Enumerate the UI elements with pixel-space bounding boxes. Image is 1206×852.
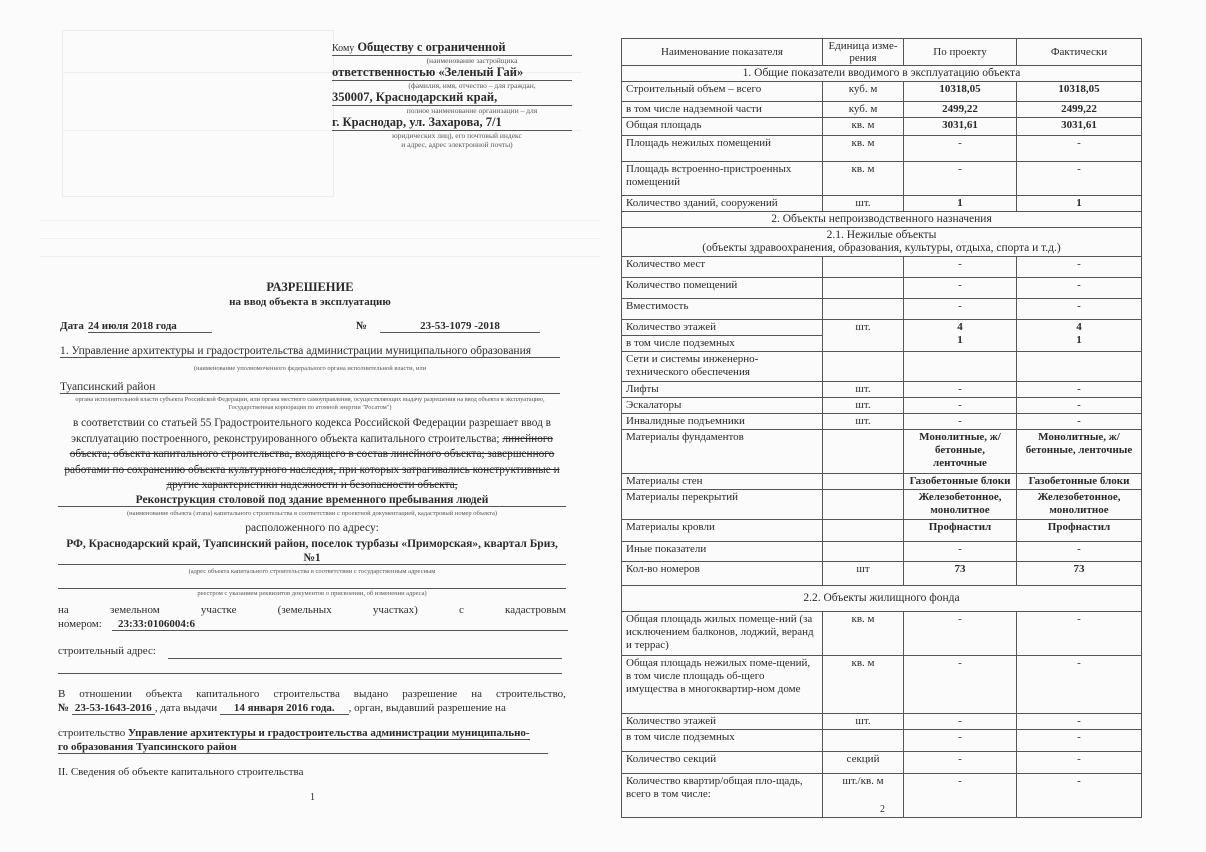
land-word: на bbox=[58, 604, 69, 616]
row-name: Строительный объем – всего bbox=[622, 82, 823, 102]
row-name: Общая площадь нежилых поме-щений, в том … bbox=[622, 656, 823, 714]
table-row: Строительный объем – всегокуб. м10318,05… bbox=[622, 82, 1142, 102]
row-name: Количество этажей bbox=[622, 320, 822, 336]
build-address-field-2 bbox=[58, 672, 562, 674]
table-row: Площадь встроенно-пристроенных помещений… bbox=[622, 162, 1142, 196]
table-row: в том числе надземной частикуб. м2499,22… bbox=[622, 102, 1142, 118]
page-number-1: 1 bbox=[310, 792, 315, 803]
authorization-paragraph: в соответствии со статьей 55 Градостроит… bbox=[58, 416, 566, 494]
row-unit: кв. м bbox=[823, 656, 904, 714]
row-project: - bbox=[904, 382, 1017, 398]
row-project: - bbox=[904, 398, 1017, 414]
table-row: Количество этажей в том числе подземных … bbox=[622, 320, 1142, 352]
row-actual: - bbox=[1017, 542, 1142, 562]
row-name: Материалы перекрытий bbox=[622, 490, 823, 520]
address-hint-2: реестром с указанием реквизитов документ… bbox=[58, 590, 566, 597]
row-unit bbox=[823, 542, 904, 562]
row-actual: - bbox=[1017, 730, 1142, 752]
recipient-label: Кому bbox=[332, 43, 354, 54]
row-project: - bbox=[904, 414, 1017, 430]
located-label: расположенного по адресу: bbox=[58, 522, 566, 534]
row-name: Количество мест bbox=[622, 257, 823, 278]
row-name: Общая площадь bbox=[622, 118, 823, 136]
row-actual: 73 bbox=[1017, 562, 1142, 586]
row-unit: шт./кв. м bbox=[823, 774, 904, 818]
row-actual: 2499,22 bbox=[1017, 102, 1142, 118]
issuer-label: , орган, выдавший разрешение на bbox=[349, 702, 506, 714]
land-word: участках) bbox=[373, 604, 418, 616]
cadastral-number: 23:33:0106004:6 bbox=[112, 618, 568, 631]
row-project: 2499,22 bbox=[904, 102, 1017, 118]
object-name-hint: (наименование объекта (этапа) капитально… bbox=[58, 510, 566, 517]
permit-word: строительство, bbox=[496, 688, 566, 700]
row-unit bbox=[823, 299, 904, 320]
row-actual: - bbox=[1017, 382, 1142, 398]
date-label: Дата bbox=[60, 320, 84, 332]
permit-word: строительства bbox=[273, 688, 340, 700]
section-2-heading: II. Сведения об объекте капитального стр… bbox=[58, 766, 304, 778]
column-header-actual: Фактически bbox=[1017, 39, 1142, 66]
row-unit: куб. м bbox=[823, 102, 904, 118]
row-unit: шт. bbox=[823, 196, 904, 212]
document-subtitle: на ввод объекта в эксплуатацию bbox=[30, 296, 590, 308]
table-row: Материалы стенГазобетонные блокиГазобето… bbox=[622, 474, 1142, 490]
object-indicators-table: Наименование показателя Единица изме-рен… bbox=[621, 38, 1142, 818]
row-project: - bbox=[904, 730, 1017, 752]
row-name: Материалы стен bbox=[622, 474, 823, 490]
date-value: 24 июля 2018 года bbox=[88, 320, 212, 333]
page-number-2: 2 bbox=[880, 804, 885, 815]
row-project: 1 bbox=[904, 196, 1017, 212]
row-actual: - bbox=[1017, 656, 1142, 714]
permit-line: В отношении объекта капитального строите… bbox=[58, 688, 566, 700]
section-1-heading: 1. Общие показатели вводимого в эксплуат… bbox=[622, 66, 1142, 82]
object-name: Реконструкция столовой под здание времен… bbox=[58, 494, 566, 507]
row-unit: кв. м bbox=[823, 136, 904, 162]
row-actual bbox=[1017, 352, 1142, 382]
row-name: Количество квартир/общая пло-щадь, всего… bbox=[622, 774, 823, 818]
recipient-hint-3: полное наименование организации – для bbox=[332, 106, 572, 115]
table-row: Кол-во номеровшт7373 bbox=[622, 562, 1142, 586]
row-project: Газобетонные блоки bbox=[904, 474, 1017, 490]
permit-word: капитального bbox=[196, 688, 259, 700]
row-project: - bbox=[904, 299, 1017, 320]
section-2-1-title: 2.1. Нежилые объекты bbox=[626, 229, 1137, 242]
column-header-project: По проекту bbox=[904, 39, 1017, 66]
row-name: Иные показатели bbox=[622, 542, 823, 562]
row-name: Кол-во номеров bbox=[622, 562, 823, 586]
issuer-line-2: го образования Туапсинского район bbox=[58, 741, 548, 754]
row-project: - bbox=[904, 257, 1017, 278]
section-2-1-heading: 2.1. Нежилые объекты (объекты здравоохра… bbox=[622, 228, 1142, 257]
floors-actual-cell: 4 1 bbox=[1017, 320, 1142, 352]
row-actual: - bbox=[1017, 414, 1142, 430]
row-actual: - bbox=[1017, 398, 1142, 414]
row-actual: 4 bbox=[1021, 321, 1137, 334]
document-title: РАЗРЕШЕНИЕ bbox=[30, 280, 590, 295]
issued-date: 14 января 2016 года. bbox=[220, 702, 349, 715]
permit-word: разрешение bbox=[402, 688, 457, 700]
permit-word: В bbox=[58, 688, 65, 700]
row-project: - bbox=[904, 752, 1017, 774]
row-name: Количество зданий, сооружений bbox=[622, 196, 823, 212]
permit-word: объекта bbox=[146, 688, 182, 700]
row-actual: - bbox=[1017, 774, 1142, 818]
permit-word: выдано bbox=[354, 688, 388, 700]
issuer-line-1: Управление архитектуры и градостроительс… bbox=[128, 727, 530, 740]
row-name: в том числе подземных bbox=[622, 730, 823, 752]
table-row: Материалы фундаментовМонолитные, ж/бетон… bbox=[622, 430, 1142, 474]
row-name: Площадь встроенно-пристроенных помещений bbox=[622, 162, 823, 196]
table-row: Общая площадькв. м3031,613031,61 bbox=[622, 118, 1142, 136]
row-unit: кв. м bbox=[823, 118, 904, 136]
address-line-2: №1 bbox=[58, 552, 566, 565]
row-project bbox=[904, 352, 1017, 382]
address-blank-line bbox=[58, 587, 566, 589]
section-2-1-subtitle: (объекты здравоохранения, образования, к… bbox=[626, 242, 1137, 255]
row-actual: Железобетонное, монолитное bbox=[1017, 490, 1142, 520]
row-actual: - bbox=[1017, 714, 1142, 730]
row-project: Профнастил bbox=[904, 520, 1017, 542]
section-2-2-heading: 2.2. Объекты жилищного фонда bbox=[622, 586, 1142, 612]
authority-line-1: 1. Управление архитектуры и градостроите… bbox=[60, 345, 560, 358]
table-row: Материалы кровлиПрофнастилПрофнастил bbox=[622, 520, 1142, 542]
row-name: Лифты bbox=[622, 382, 823, 398]
section-2-heading: 2. Объекты непроизводственного назначени… bbox=[622, 212, 1142, 228]
recipient-line-4: г. Краснодар, ул. Захарова, 7/1 bbox=[332, 115, 572, 131]
row-actual: Профнастил bbox=[1017, 520, 1142, 542]
row-actual: - bbox=[1017, 612, 1142, 656]
row-unit: шт. bbox=[823, 320, 904, 352]
row-name: Количество секций bbox=[622, 752, 823, 774]
row-project: - bbox=[904, 136, 1017, 162]
row-name: в том числе подземных bbox=[622, 336, 822, 351]
row-project: - bbox=[904, 612, 1017, 656]
issuer-prefix: строительство bbox=[58, 727, 125, 739]
row-actual: 10318,05 bbox=[1017, 82, 1142, 102]
table-row: Иные показатели-- bbox=[622, 542, 1142, 562]
table-row: Количество секцийсекций-- bbox=[622, 752, 1142, 774]
row-actual: Монолитные, ж/бетонные, ленточные bbox=[1017, 430, 1142, 474]
column-header-unit: Единица изме-рения bbox=[823, 39, 904, 66]
land-word: кадастровым bbox=[505, 604, 566, 616]
row-name: Сети и системы инженерно-технического об… bbox=[622, 352, 823, 382]
row-project: Железобетонное, монолитное bbox=[904, 490, 1017, 520]
row-unit: шт bbox=[823, 562, 904, 586]
table-row: Количество мест-- bbox=[622, 257, 1142, 278]
row-name: Вместимость bbox=[622, 299, 823, 320]
row-name: Площадь нежилых помещений bbox=[622, 136, 823, 162]
table-row: в том числе подземных-- bbox=[622, 730, 1142, 752]
row-unit bbox=[823, 520, 904, 542]
row-project: - bbox=[904, 714, 1017, 730]
address-line-1: РФ, Краснодарский край, Туапсинский райо… bbox=[58, 538, 566, 550]
table-row: Вместимость-- bbox=[622, 299, 1142, 320]
build-address-field bbox=[168, 657, 562, 659]
recipient-hint-4a: юридических лиц), его почтовый индекс bbox=[332, 131, 572, 140]
table-row: Эскалаторышт.-- bbox=[622, 398, 1142, 414]
number-label: № bbox=[356, 320, 367, 332]
address-hint-1: (адрес объекта капитального строительств… bbox=[58, 568, 566, 575]
row-name: Количество помещений bbox=[622, 278, 823, 299]
permit-number: 23-53-1643-2016 bbox=[72, 702, 155, 715]
land-word: участке bbox=[201, 604, 237, 616]
table-row: Сети и системы инженерно-технического об… bbox=[622, 352, 1142, 382]
table-header-row: Наименование показателя Единица изме-рен… bbox=[622, 39, 1142, 66]
row-actual: 1 bbox=[1021, 334, 1137, 347]
row-project: - bbox=[904, 278, 1017, 299]
row-name: Инвалидные подъемники bbox=[622, 414, 823, 430]
row-project: - bbox=[904, 542, 1017, 562]
issued-label: , дата выдачи bbox=[155, 702, 217, 714]
authority-line-2: Туапсинский район bbox=[60, 381, 560, 394]
land-word: земельном bbox=[110, 604, 160, 616]
column-header-name: Наименование показателя bbox=[622, 39, 823, 66]
row-actual: - bbox=[1017, 162, 1142, 196]
table-row: Материалы перекрытийЖелезобетонное, моно… bbox=[622, 490, 1142, 520]
table-row: Инвалидные подъемникишт.-- bbox=[622, 414, 1142, 430]
cadastral-label: номером: bbox=[58, 618, 102, 630]
permit-word: отношении bbox=[79, 688, 132, 700]
row-actual: - bbox=[1017, 257, 1142, 278]
row-unit bbox=[823, 278, 904, 299]
row-name: в том числе надземной части bbox=[622, 102, 823, 118]
row-unit: шт. bbox=[823, 398, 904, 414]
table-row: Лифтышт.-- bbox=[622, 382, 1142, 398]
authority-hint-1: (наименование уполномоченного федерально… bbox=[60, 365, 560, 372]
row-project: 73 bbox=[904, 562, 1017, 586]
row-project: - bbox=[904, 774, 1017, 818]
recipient-line-2: ответственностью «Зеленый Гай» bbox=[332, 65, 572, 81]
land-plot-line: на земельном участке (земельных участках… bbox=[58, 604, 566, 616]
row-unit: куб. м bbox=[823, 82, 904, 102]
recipient-line-3: 350007, Краснодарский край, bbox=[332, 90, 572, 106]
table-row: Количество помещений-- bbox=[622, 278, 1142, 299]
row-unit: шт. bbox=[823, 414, 904, 430]
row-project: 4 bbox=[908, 321, 1012, 334]
row-actual: - bbox=[1017, 752, 1142, 774]
row-unit bbox=[823, 730, 904, 752]
row-project: - bbox=[904, 162, 1017, 196]
recipient-hint-2: (фамилия, имя, отчество – для граждан, bbox=[332, 81, 572, 90]
row-unit: шт. bbox=[823, 382, 904, 398]
row-project: 10318,05 bbox=[904, 82, 1017, 102]
build-address-label: строительный адрес: bbox=[58, 645, 156, 657]
number-value: 23-53-1079 -2018 bbox=[380, 320, 540, 333]
row-unit: секций bbox=[823, 752, 904, 774]
row-name: Материалы кровли bbox=[622, 520, 823, 542]
land-word: с bbox=[459, 604, 464, 616]
table-row: Общая площадь жилых помеще-ний (за исклю… bbox=[622, 612, 1142, 656]
permit-details: № 23-53-1643-2016, дата выдачи 14 января… bbox=[58, 702, 506, 714]
row-name: Материалы фундаментов bbox=[622, 430, 823, 474]
floors-project-cell: 4 1 bbox=[904, 320, 1017, 352]
row-unit bbox=[823, 352, 904, 382]
row-actual: - bbox=[1017, 136, 1142, 162]
row-unit: кв. м bbox=[823, 612, 904, 656]
row-name: Общая площадь жилых помеще-ний (за исклю… bbox=[622, 612, 823, 656]
table-row: Количество зданий, сооруженийшт.11 bbox=[622, 196, 1142, 212]
row-project: 1 bbox=[908, 334, 1012, 347]
row-unit bbox=[823, 430, 904, 474]
row-actual: 3031,61 bbox=[1017, 118, 1142, 136]
permit-page-1: Кому Обществу с ограниченной (наименован… bbox=[0, 0, 600, 852]
row-actual: Газобетонные блоки bbox=[1017, 474, 1142, 490]
recipient-hint-4b: и адрес, адрес электронной почты) bbox=[332, 140, 572, 149]
land-word: (земельных bbox=[278, 604, 332, 616]
row-project: - bbox=[904, 656, 1017, 714]
row-name: Количество этажей bbox=[622, 714, 823, 730]
permit-number-label: № bbox=[58, 702, 69, 714]
row-unit bbox=[823, 490, 904, 520]
paragraph-plain-text: в соответствии со статьей 55 Градостроит… bbox=[71, 417, 551, 445]
recipient-line-1: Обществу с ограниченной bbox=[357, 40, 505, 54]
recipient-hint-1: (наименование застройщика bbox=[332, 56, 572, 65]
row-unit: шт. bbox=[823, 714, 904, 730]
row-unit bbox=[823, 474, 904, 490]
authority-hint-2: органа исполнительной власти субъекта Ро… bbox=[60, 396, 560, 412]
permit-word: на bbox=[471, 688, 482, 700]
row-project: 3031,61 bbox=[904, 118, 1017, 136]
recipient-block: Кому Обществу с ограниченной (наименован… bbox=[332, 40, 572, 149]
row-actual: 1 bbox=[1017, 196, 1142, 212]
row-unit: кв. м bbox=[823, 162, 904, 196]
table-row: Общая площадь нежилых поме-щений, в том … bbox=[622, 656, 1142, 714]
issuer-block: строительство Управление архитектуры и г… bbox=[58, 727, 558, 739]
row-name: Эскалаторы bbox=[622, 398, 823, 414]
floors-name-cell: Количество этажей в том числе подземных bbox=[622, 320, 823, 352]
row-unit bbox=[823, 257, 904, 278]
row-project: Монолитные, ж/бетонные, ленточные bbox=[904, 430, 1017, 474]
table-row: Площадь нежилых помещенийкв. м-- bbox=[622, 136, 1142, 162]
row-actual: - bbox=[1017, 299, 1142, 320]
table-row: Количество этажейшт.-- bbox=[622, 714, 1142, 730]
row-actual: - bbox=[1017, 278, 1142, 299]
